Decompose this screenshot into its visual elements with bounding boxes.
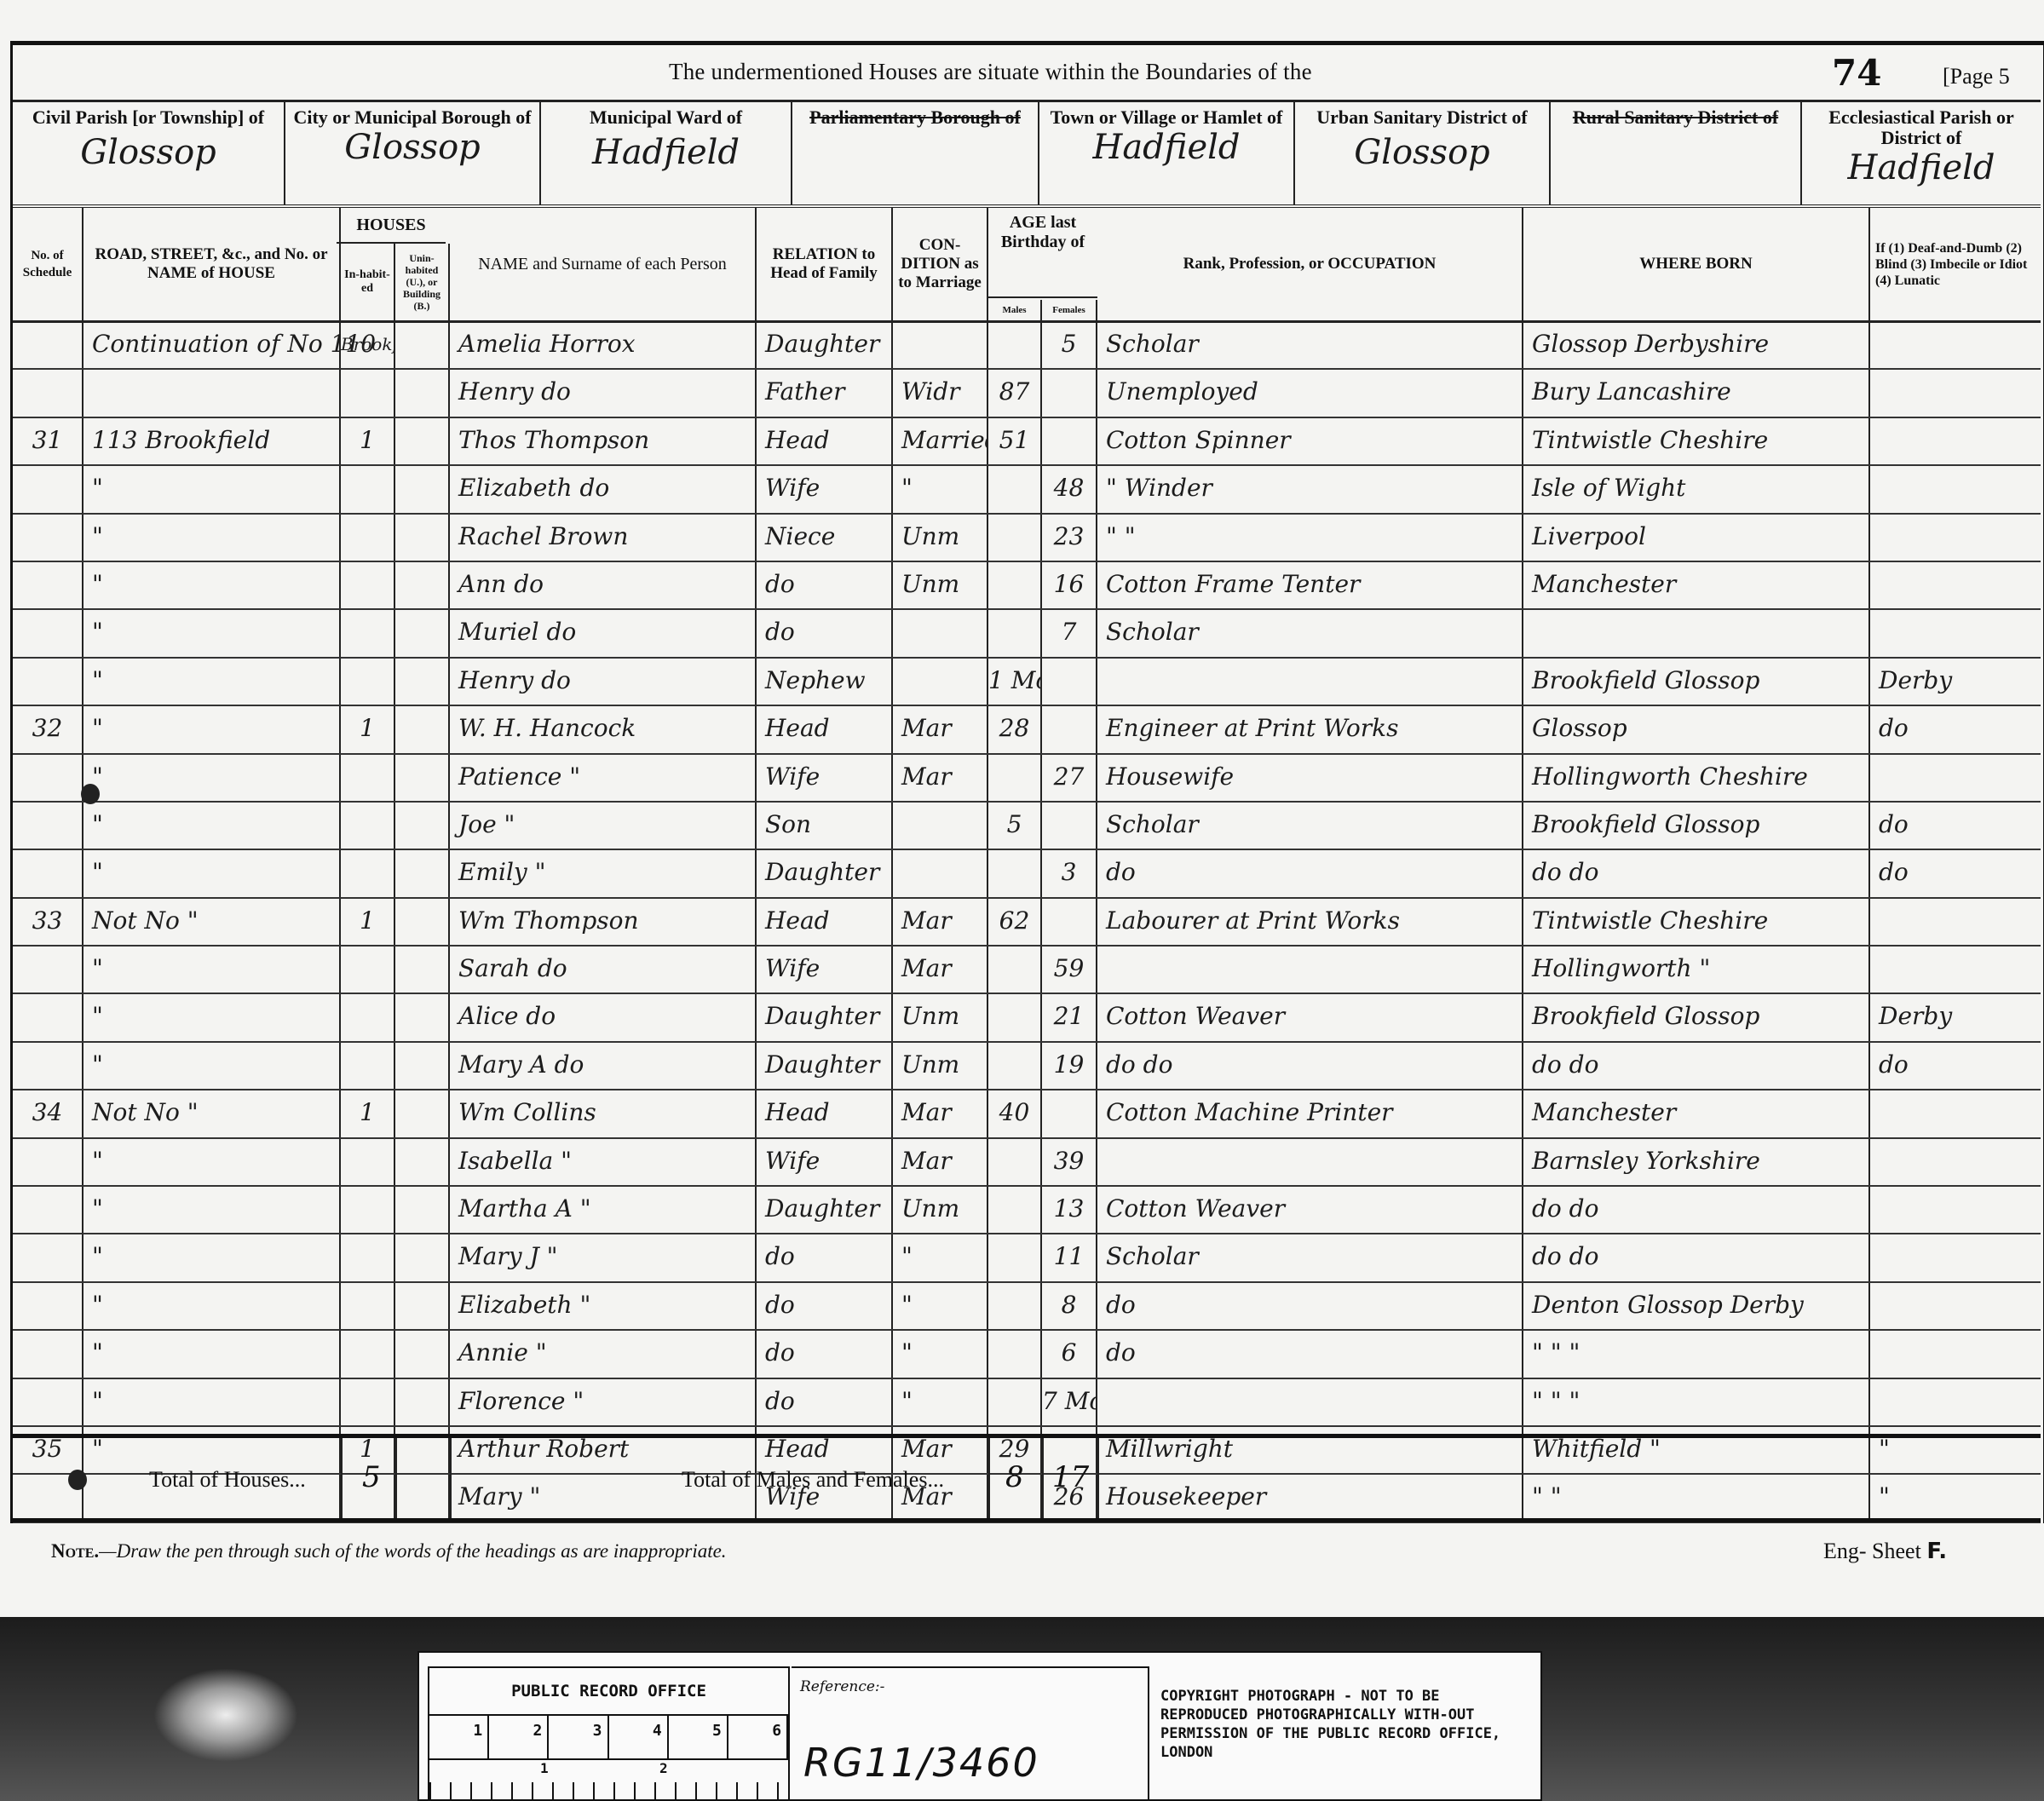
male-age-cell — [988, 850, 1042, 896]
col-schedule: No. of Schedule — [13, 208, 83, 320]
road-cell: " — [83, 1283, 341, 1329]
note-text: —Draw the pen through such of the words … — [99, 1540, 726, 1562]
where-born-cell — [1523, 610, 1870, 656]
region-urban-sanitary: Urban Sanitary District of Glossop — [1295, 102, 1551, 204]
where-born-cell: Tintwistle Cheshire — [1523, 418, 1870, 464]
uninhabited-cell — [395, 947, 450, 993]
name-cell: Ann do — [450, 562, 757, 608]
name-cell: Sarah do — [450, 947, 757, 993]
road-cell: 113 Brookfield — [83, 418, 341, 464]
name-cell: Rachel Brown — [450, 515, 757, 561]
road-cell: " — [83, 1234, 341, 1280]
region-label: Parliamentary Borough of — [792, 102, 1038, 128]
schedule-cell — [13, 1187, 83, 1233]
total-houses-value: 5 — [362, 1460, 381, 1494]
uninhabited-cell — [395, 850, 450, 896]
schedule-cell — [13, 1283, 83, 1329]
relation-cell: Wife — [757, 1139, 893, 1185]
condition-cell: Mar — [893, 947, 988, 993]
road-cell: " — [83, 1139, 341, 1185]
male-age-cell — [988, 515, 1042, 561]
total-houses-label: Total of Houses... — [149, 1467, 306, 1493]
male-age-cell — [988, 1331, 1042, 1377]
condition-cell: Mar — [893, 706, 988, 752]
infirmity-cell — [1870, 1331, 2041, 1377]
region-label: Town or Village or Hamlet of — [1039, 102, 1293, 128]
region-ecclesiastical-parish: Ecclesiastical Parish or District of Had… — [1802, 102, 2041, 204]
female-age-cell: 21 — [1042, 994, 1097, 1040]
where-born-cell: Brookfield Glossop — [1523, 803, 1870, 849]
inhabited-cell — [341, 1379, 395, 1425]
condition-cell: Mar — [893, 1090, 988, 1136]
occupation-cell: " Winder — [1097, 466, 1523, 512]
male-age-cell — [988, 755, 1042, 801]
road-cell: " — [83, 947, 341, 993]
condition-cell: Unm — [893, 562, 988, 608]
where-born-cell: Tintwistle Cheshire — [1523, 899, 1870, 945]
road-cell: " — [83, 562, 341, 608]
male-age-cell — [988, 1187, 1042, 1233]
sheet-letter: F. — [1926, 1539, 1947, 1564]
pro-scale-numbers: 1 2 3 4 5 6 — [429, 1714, 788, 1760]
infirmity-cell — [1870, 418, 2041, 464]
col-condition: CON-DITION as to Marriage — [893, 208, 988, 320]
pro-ruler: 1 2 — [429, 1758, 788, 1801]
schedule-cell — [13, 370, 83, 416]
inhabited-cell — [341, 1283, 395, 1329]
where-born-cell: Glossop — [1523, 706, 1870, 752]
name-cell: Joe " — [450, 803, 757, 849]
male-age-cell — [988, 1379, 1042, 1425]
road-cell: " — [83, 1331, 341, 1377]
infirmity-cell — [1870, 1283, 2041, 1329]
table-row: "Mary A doDaughterUnm19do dodo dodo — [13, 1043, 2041, 1090]
region-value: Hadfield — [1039, 128, 1293, 167]
inhabited-cell — [341, 1187, 395, 1233]
title-row: The undermentioned Houses are situate wi… — [13, 47, 2041, 102]
where-born-cell: Bury Lancashire — [1523, 370, 1870, 416]
relation-cell: do — [757, 1234, 893, 1280]
relation-cell: Niece — [757, 515, 893, 561]
condition-cell — [893, 803, 988, 849]
uninhabited-cell — [395, 1283, 450, 1329]
occupation-cell: Scholar — [1097, 803, 1523, 849]
infirmity-cell — [1870, 1139, 2041, 1185]
relation-cell: Head — [757, 706, 893, 752]
region-civil-parish: Civil Parish [or Township] of Glossop — [13, 102, 285, 204]
uninhabited-cell — [395, 1090, 450, 1136]
total-females-value: 17 — [1052, 1460, 1089, 1494]
uninhabited-cell — [395, 1234, 450, 1280]
table-row: 34Not No "1Wm CollinsHeadMar40Cotton Mac… — [13, 1090, 2041, 1138]
infirmity-cell — [1870, 610, 2041, 656]
male-age-cell: 5 — [988, 803, 1042, 849]
col-where-born: WHERE BORN — [1523, 208, 1870, 320]
condition-cell: Mar — [893, 1139, 988, 1185]
inhabited-cell — [341, 1234, 395, 1280]
name-cell: Wm Thompson — [450, 899, 757, 945]
occupation-cell: " " — [1097, 515, 1523, 561]
col-males: Males — [988, 300, 1042, 320]
condition-cell: " — [893, 1283, 988, 1329]
name-cell: Henry do — [450, 659, 757, 705]
condition-cell: Mar — [893, 755, 988, 801]
female-age-cell — [1042, 1090, 1097, 1136]
occupation-cell: Cotton Weaver — [1097, 1187, 1523, 1233]
female-age-cell: 19 — [1042, 1043, 1097, 1089]
infirmity-cell: do — [1870, 1043, 2041, 1089]
where-born-cell: " " " — [1523, 1379, 1870, 1425]
female-age-cell — [1042, 706, 1097, 752]
infirmity-cell — [1870, 899, 2041, 945]
page-label: [Page 5 — [1943, 64, 2010, 89]
relation-cell: Head — [757, 418, 893, 464]
name-cell: Annie " — [450, 1331, 757, 1377]
road-cell: Not No " — [83, 1090, 341, 1136]
relation-cell: Head — [757, 1090, 893, 1136]
name-cell: Henry do — [450, 370, 757, 416]
table-row: "Patience "WifeMar27HousewifeHollingwort… — [13, 755, 2041, 803]
table-row: "Mary J "do"11Scholardo do — [13, 1234, 2041, 1282]
pro-reference-box: Reference:- RG11/3460 — [792, 1666, 1149, 1801]
reference-label: Reference:- — [800, 1678, 884, 1695]
region-label: Urban Sanitary District of — [1295, 102, 1549, 128]
where-born-cell: do do — [1523, 1234, 1870, 1280]
condition-cell: Widr — [893, 370, 988, 416]
female-age-cell: 7 Mo — [1042, 1379, 1097, 1425]
table-row: "Elizabeth "do"8doDenton Glossop Derby — [13, 1283, 2041, 1331]
scale-number: 2 — [489, 1714, 549, 1758]
inhabited-cell — [341, 1043, 395, 1089]
road-cell: " — [83, 755, 341, 801]
female-age-cell: 8 — [1042, 1283, 1097, 1329]
occupation-cell: do — [1097, 1331, 1523, 1377]
condition-cell: Unm — [893, 1187, 988, 1233]
infirmity-cell — [1870, 1187, 2041, 1233]
scale-number: 3 — [549, 1714, 608, 1758]
name-cell: Wm Collins — [450, 1090, 757, 1136]
road-cell: " — [83, 1043, 341, 1089]
uninhabited-cell — [395, 1379, 450, 1425]
female-age-cell: 6 — [1042, 1331, 1097, 1377]
female-age-cell — [1042, 659, 1097, 705]
condition-cell: " — [893, 1234, 988, 1280]
uninhabited-cell — [395, 466, 450, 512]
inhabited-cell — [341, 610, 395, 656]
road-cell: " — [83, 706, 341, 752]
where-born-cell: do do — [1523, 850, 1870, 896]
condition-cell — [893, 322, 988, 368]
infirmity-cell — [1870, 755, 2041, 801]
ruler-number: 2 — [659, 1760, 668, 1776]
occupation-cell: do do — [1097, 1043, 1523, 1089]
copyright-notice: COPYRIGHT PHOTOGRAPH - NOT TO BE REPRODU… — [1160, 1687, 1535, 1762]
where-born-cell: Isle of Wight — [1523, 466, 1870, 512]
schedule-cell — [13, 659, 83, 705]
road-cell: " — [83, 803, 341, 849]
male-age-cell — [988, 466, 1042, 512]
note-prefix: Note. — [51, 1540, 99, 1562]
uninhabited-cell — [395, 322, 450, 368]
total-males-value: 8 — [1005, 1460, 1024, 1494]
region-value: Glossop — [13, 133, 284, 172]
infirmity-cell — [1870, 515, 2041, 561]
col-age: AGE last Birthday of — [988, 208, 1097, 298]
female-age-cell: 7 — [1042, 610, 1097, 656]
region-town-village: Town or Village or Hamlet of Hadfield — [1039, 102, 1295, 204]
table-row: "Elizabeth doWife"48" WinderIsle of Wigh… — [13, 466, 2041, 514]
condition-cell: " — [893, 1331, 988, 1377]
scale-number: 1 — [429, 1714, 489, 1758]
female-age-cell — [1042, 418, 1097, 464]
relation-cell: do — [757, 610, 893, 656]
col-uninhabited: Unin-habited (U.), or Building (B.) — [395, 244, 450, 320]
table-row: "Ann dodoUnm16Cotton Frame TenterManches… — [13, 562, 2041, 610]
page-title: The undermentioned Houses are situate wi… — [669, 59, 1312, 85]
male-age-cell: 87 — [988, 370, 1042, 416]
road-cell: Not No " — [83, 899, 341, 945]
occupation-cell: Cotton Weaver — [1097, 994, 1523, 1040]
region-value: Glossop — [285, 128, 539, 167]
schedule-cell — [13, 755, 83, 801]
name-cell: Mary A do — [450, 1043, 757, 1089]
region-value: Hadfield — [541, 133, 791, 172]
condition-cell — [893, 850, 988, 896]
scale-number: 6 — [728, 1714, 788, 1758]
inhabited-cell — [341, 850, 395, 896]
where-born-cell: Brookfield Glossop — [1523, 659, 1870, 705]
infirmity-cell — [1870, 562, 2041, 608]
infirmity-cell: do — [1870, 706, 2041, 752]
ink-blot — [81, 784, 100, 804]
occupation-cell: Housewife — [1097, 755, 1523, 801]
occupation-cell — [1097, 659, 1523, 705]
relation-cell: Son — [757, 803, 893, 849]
name-cell: Thos Thompson — [450, 418, 757, 464]
name-cell: Martha A " — [450, 1187, 757, 1233]
table-row: "Isabella "WifeMar39Barnsley Yorkshire — [13, 1139, 2041, 1187]
relation-cell: Father — [757, 370, 893, 416]
schedule-cell — [13, 947, 83, 993]
relation-cell: Wife — [757, 755, 893, 801]
name-cell: Patience " — [450, 755, 757, 801]
occupation-cell: Cotton Machine Printer — [1097, 1090, 1523, 1136]
table-row: 32"1W. H. HancockHeadMar28Engineer at Pr… — [13, 706, 2041, 754]
inhabited-cell — [341, 755, 395, 801]
uninhabited-cell — [395, 803, 450, 849]
relation-cell: Daughter — [757, 1043, 893, 1089]
schedule-cell — [13, 803, 83, 849]
uninhabited-cell — [395, 515, 450, 561]
uninhabited-cell — [395, 994, 450, 1040]
col-houses: HOUSES — [337, 208, 446, 244]
uninhabited-cell — [395, 706, 450, 752]
census-rows: Continuation of No 110BrookfieldAmelia H… — [13, 322, 2041, 1523]
female-age-cell: 11 — [1042, 1234, 1097, 1280]
region-label: City or Municipal Borough of — [285, 102, 539, 128]
schedule-cell: 33 — [13, 899, 83, 945]
schedule-cell — [13, 466, 83, 512]
name-cell: Isabella " — [450, 1139, 757, 1185]
sheet-label-text: Eng- Sheet — [1823, 1539, 1921, 1563]
col-name: NAME and Surname of each Person — [450, 208, 757, 320]
inhabited-cell: 1 — [341, 706, 395, 752]
condition-cell: Married — [893, 418, 988, 464]
road-cell: " — [83, 850, 341, 896]
region-label: Ecclesiastical Parish or District of — [1802, 102, 2041, 148]
condition-cell: Unm — [893, 994, 988, 1040]
public-record-office-label: PUBLIC RECORD OFFICE 1 2 3 4 5 6 1 2 Ref… — [417, 1651, 1542, 1801]
where-born-cell: Glossop Derbyshire — [1523, 322, 1870, 368]
condition-cell: Unm — [893, 1043, 988, 1089]
relation-cell: Daughter — [757, 1187, 893, 1233]
col-occupation: Rank, Profession, or OCCUPATION — [1097, 208, 1523, 320]
infirmity-cell: do — [1870, 803, 2041, 849]
where-born-cell: " " " — [1523, 1331, 1870, 1377]
where-born-cell: Barnsley Yorkshire — [1523, 1139, 1870, 1185]
schedule-cell: 32 — [13, 706, 83, 752]
infirmity-cell: Derby — [1870, 994, 2041, 1040]
table-row: "Henry doNephew1 MoBrookfield GlossopDer… — [13, 659, 2041, 706]
total-persons-label: Total of Males and Females... — [682, 1467, 944, 1493]
infirmity-cell — [1870, 370, 2041, 416]
condition-cell: " — [893, 466, 988, 512]
totals-row: Total of Houses... 5 Total of Males and … — [13, 1434, 2041, 1522]
condition-cell: Mar — [893, 899, 988, 945]
scale-number: 5 — [669, 1714, 728, 1758]
relation-cell: do — [757, 1283, 893, 1329]
male-age-cell: 1 Mo — [988, 659, 1042, 705]
male-age-cell: 51 — [988, 418, 1042, 464]
road-cell: Continuation of No 110 — [83, 322, 341, 368]
female-age-cell: 3 — [1042, 850, 1097, 896]
male-age-cell — [988, 1283, 1042, 1329]
relation-cell: Head — [757, 899, 893, 945]
male-age-cell — [988, 947, 1042, 993]
relation-cell: Daughter — [757, 994, 893, 1040]
male-age-cell — [988, 562, 1042, 608]
relation-cell: Nephew — [757, 659, 893, 705]
relation-cell: do — [757, 1331, 893, 1377]
inhabited-cell — [341, 659, 395, 705]
schedule-cell: 34 — [13, 1090, 83, 1136]
infirmity-cell — [1870, 1234, 2041, 1280]
region-value: Glossop — [1295, 133, 1549, 172]
table-row: "Muriel dodo7Scholar — [13, 610, 2041, 658]
region-label: Civil Parish [or Township] of — [13, 102, 284, 128]
where-born-cell: Liverpool — [1523, 515, 1870, 561]
uninhabited-cell — [395, 659, 450, 705]
condition-cell — [893, 659, 988, 705]
infirmity-cell — [1870, 1090, 2041, 1136]
uninhabited-cell — [395, 418, 450, 464]
occupation-cell: do — [1097, 850, 1523, 896]
relation-cell: Wife — [757, 466, 893, 512]
col-relation: RELATION to Head of Family — [757, 208, 893, 320]
where-born-cell: Denton Glossop Derby — [1523, 1283, 1870, 1329]
inhabited-cell — [341, 1139, 395, 1185]
where-born-cell: Brookfield Glossop — [1523, 994, 1870, 1040]
schedule-cell — [13, 1379, 83, 1425]
road-cell: " — [83, 1379, 341, 1425]
ink-blot — [68, 1470, 87, 1490]
inhabited-cell — [341, 947, 395, 993]
male-age-cell: 40 — [988, 1090, 1042, 1136]
table-row: Continuation of No 110BrookfieldAmelia H… — [13, 322, 2041, 370]
female-age-cell: 13 — [1042, 1187, 1097, 1233]
occupation-cell: Cotton Spinner — [1097, 418, 1523, 464]
name-cell: W. H. Hancock — [450, 706, 757, 752]
occupation-cell: Scholar — [1097, 322, 1523, 368]
road-cell — [83, 370, 341, 416]
scale-number: 4 — [609, 1714, 669, 1758]
condition-cell: Unm — [893, 515, 988, 561]
table-row: "Florence "do"7 Mo" " " — [13, 1379, 2041, 1427]
inhabited-cell: 1 — [341, 418, 395, 464]
inhabited-cell: 1 — [341, 1090, 395, 1136]
inhabited-cell — [341, 370, 395, 416]
road-cell: " — [83, 515, 341, 561]
where-born-cell: Hollingworth " — [1523, 947, 1870, 993]
sheet-label: Eng- Sheet F. — [1823, 1539, 1947, 1564]
region-parliamentary-borough: Parliamentary Borough of — [792, 102, 1039, 204]
where-born-cell: Hollingworth Cheshire — [1523, 755, 1870, 801]
table-row: "Annie "do"6do" " " — [13, 1331, 2041, 1378]
reference-value: RG11/3460 — [803, 1740, 1039, 1786]
schedule-cell — [13, 515, 83, 561]
occupation-cell: Labourer at Print Works — [1097, 899, 1523, 945]
schedule-cell — [13, 610, 83, 656]
female-age-cell: 48 — [1042, 466, 1097, 512]
name-cell: Mary J " — [450, 1234, 757, 1280]
schedule-cell — [13, 322, 83, 368]
col-infirmity: If (1) Deaf-and-Dumb (2) Blind (3) Imbec… — [1870, 208, 2041, 320]
female-age-cell — [1042, 899, 1097, 945]
occupation-cell: Engineer at Print Works — [1097, 706, 1523, 752]
female-age-cell: 5 — [1042, 322, 1097, 368]
male-age-cell: 62 — [988, 899, 1042, 945]
male-age-cell — [988, 322, 1042, 368]
uninhabited-cell — [395, 899, 450, 945]
male-age-cell — [988, 994, 1042, 1040]
condition-cell: " — [893, 1379, 988, 1425]
relation-cell: do — [757, 1379, 893, 1425]
where-born-cell: do do — [1523, 1043, 1870, 1089]
inhabited-cell: 1 — [341, 899, 395, 945]
table-row: "Rachel BrownNieceUnm23" "Liverpool — [13, 515, 2041, 562]
female-age-cell — [1042, 370, 1097, 416]
occupation-cell — [1097, 1139, 1523, 1185]
female-age-cell: 39 — [1042, 1139, 1097, 1185]
ruler-number: 1 — [540, 1760, 549, 1776]
occupation-cell: Scholar — [1097, 610, 1523, 656]
table-row: Henry doFatherWidr87UnemployedBury Lanca… — [13, 370, 2041, 417]
road-cell: " — [83, 1187, 341, 1233]
table-row: "Emily "Daughter3dodo dodo — [13, 850, 2041, 898]
inhabited-cell — [341, 515, 395, 561]
where-born-cell: Manchester — [1523, 1090, 1870, 1136]
schedule-cell — [13, 1139, 83, 1185]
boundary-regions: Civil Parish [or Township] of Glossop Ci… — [13, 102, 2041, 208]
male-age-cell — [988, 610, 1042, 656]
region-municipal-ward: Municipal Ward of Hadfield — [541, 102, 792, 204]
female-age-cell: 59 — [1042, 947, 1097, 993]
uninhabited-cell — [395, 1331, 450, 1377]
occupation-cell — [1097, 947, 1523, 993]
name-cell: Elizabeth do — [450, 466, 757, 512]
note: Note.—Draw the pen through such of the w… — [51, 1540, 727, 1562]
schedule-cell — [13, 562, 83, 608]
